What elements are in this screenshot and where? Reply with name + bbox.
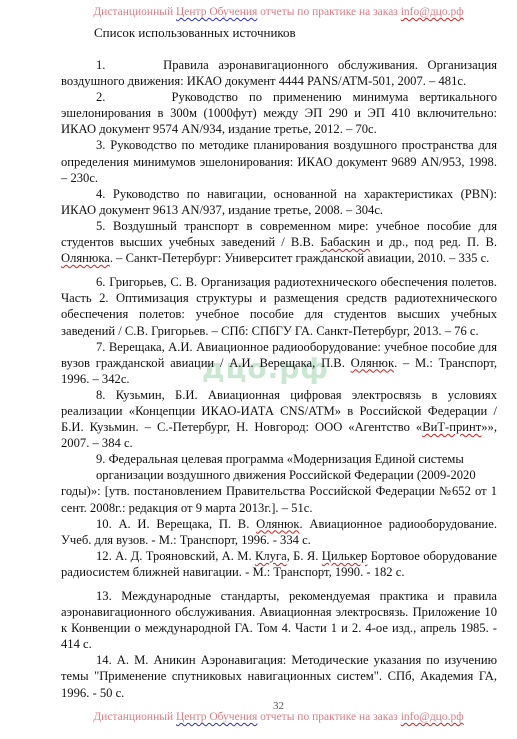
reference-number: 1. [96,58,105,72]
reference-text: , Б. Я. [287,549,322,563]
reference-text: и др., под ред. П. В. [370,235,497,249]
reference-item: 9. Федеральная целевая программа «Модерн… [61,451,497,515]
reference-text: Руководство по методике планирования воз… [61,138,497,184]
reference-list: 1. Правила аэронавигационного обслуживан… [61,57,497,701]
reference-text: Григорьев, С. В. Организация радиотехнич… [61,275,497,337]
reference-text: Федеральная целевая программа «Модерниза… [109,452,464,466]
reference-number: 5. [96,219,105,233]
reference-text: Правила аэронавигационного обслуживания.… [61,58,497,88]
reference-item: 5. Воздушный транспорт в современном мир… [61,218,497,266]
header-watermark-link[interactable]: Центр Обучения [176,6,257,18]
spellcheck-word: ВиТ-принт [422,420,481,434]
reference-item: 3. Руководство по методике планирования … [61,137,497,185]
reference-text: . – Санкт-Петербург: Университет граждан… [110,251,489,265]
header-watermark: Дистанционный Центр Обучения отчеты по п… [0,6,517,18]
reference-item: 1. Правила аэронавигационного обслуживан… [61,57,497,89]
reference-item: 14. А. М. Аникин Аэронавигация: Методиче… [61,652,497,700]
page-title: Список использованных источников [94,25,296,41]
reference-item: 2. Руководство по применению минимума ве… [61,89,497,137]
reference-item: 12. А. Д. Трояновский, А. М. Клуга, Б. Я… [61,548,497,580]
reference-number: 12. [96,549,112,563]
footer-watermark: Дистанционный Центр Обучения отчеты по п… [0,711,517,723]
reference-item: 13. Международные стандарты, рекомендуем… [61,588,497,652]
reference-text: А. М. Аникин Аэронавигация: Методические… [61,653,497,699]
reference-number: 9. [96,452,105,466]
spellcheck-word: Олянюк [351,356,394,370]
reference-text: Международные стандарты, рекомендуемая п… [61,589,497,651]
reference-text: годы)»: [утв. постановлением Правительст… [61,484,497,514]
reference-item: 4. Руководство по навигации, основанной … [61,186,497,218]
spellcheck-word: Олянюк [256,517,299,531]
reference-number: 7. [96,340,105,354]
reference-text: А. Д. Трояновский, А. М. [115,549,255,563]
footer-watermark-prefix: Дистанционный [93,711,176,723]
reference-item: 8. Кузьмин, Б.И. Авиационная цифровая эл… [61,387,497,451]
reference-number: 10. [96,517,112,531]
header-email-link[interactable]: info@дцо.рф [401,6,464,18]
reference-number: 14. [96,653,112,667]
reference-number: 4. [96,187,105,201]
reference-number: 2. [96,90,105,104]
reference-item: 6. Григорьев, С. В. Организация радиотех… [61,274,497,338]
reference-item: 10. А. И. Верещака, П. В. Олянюк. Авиаци… [61,516,497,548]
reference-number: 13. [96,589,112,603]
header-watermark-prefix: Дистанционный [93,6,176,18]
reference-number: 6. [96,275,105,289]
spellcheck-word: Цилькер [322,549,368,563]
reference-text: А. И. Верещака, П. В. [118,517,256,531]
spellcheck-word: Бабаскин [320,235,370,249]
footer-email-link[interactable]: info@дцо.рф [401,711,464,723]
reference-text: Руководство по применению минимума верти… [61,90,497,136]
reference-number: 3. [96,138,105,152]
spellcheck-word: Олянюка [61,251,110,265]
header-watermark-middle: отчеты по практике на заказ [257,6,400,18]
footer-watermark-link[interactable]: Центр Обучения [176,711,257,723]
reference-text: Руководство по навигации, основанной на … [61,187,497,217]
spellcheck-word: Клуга [255,549,287,563]
reference-text: организации воздушного движения Российск… [61,467,497,483]
reference-item: 7. Верещака, А.И. Авиационное радиообору… [61,339,497,387]
footer-watermark-middle: отчеты по практике на заказ [257,711,400,723]
reference-number: 8. [96,388,105,402]
